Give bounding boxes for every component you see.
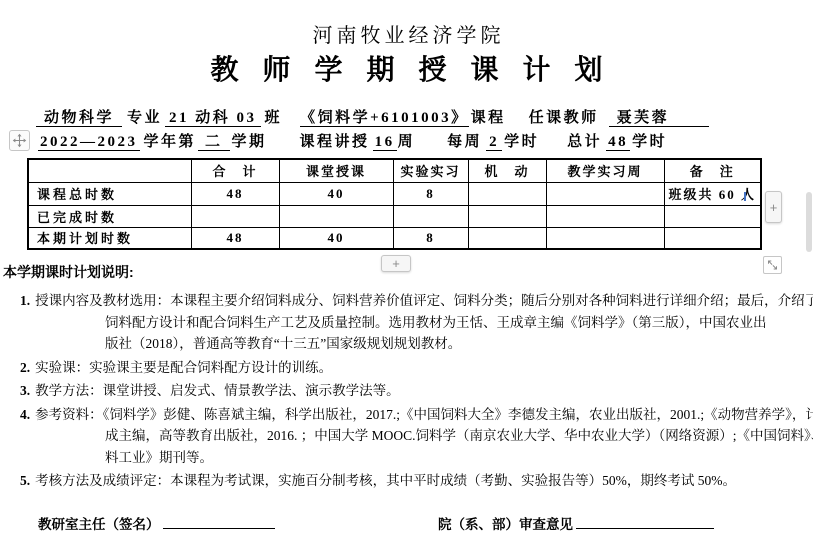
cell[interactable] xyxy=(191,205,279,227)
text-cursor xyxy=(744,192,746,201)
cell[interactable]: 40 xyxy=(279,227,393,249)
review-opinion-row: 院（系、部）审查意见 xyxy=(438,513,714,533)
cell[interactable] xyxy=(279,205,393,227)
cell[interactable] xyxy=(546,182,664,205)
cell[interactable] xyxy=(468,182,546,205)
year-field: 2022—2023 xyxy=(38,134,140,151)
term-label: 学期 xyxy=(232,134,267,150)
note-text: 料工业》期刊等。 xyxy=(20,447,810,469)
weeks-unit: 周 xyxy=(398,134,416,150)
cell[interactable]: 48 xyxy=(191,227,279,249)
teacher-label: 任课教师 xyxy=(529,110,599,126)
table-row: 已完成时数 xyxy=(28,205,761,227)
teacher-field: 聂芙蓉 xyxy=(609,110,710,127)
note-item-1: 1.授课内容及教材选用：本课程主要介绍饲料成分、饲料营养价值评定、饲料分类；随后… xyxy=(20,290,810,355)
document-page: 河南牧业经济学院 教师学期授课计划 动物科学专业21 动科 03班《饲料学+61… xyxy=(0,0,813,540)
cell[interactable] xyxy=(393,205,468,227)
per-week-label: 每周 xyxy=(447,134,482,150)
total-field: 48 xyxy=(606,134,630,151)
note-item-2: 2.实验课：实验课主要是配合饲料配方设计的训练。 xyxy=(20,357,810,379)
course-field: 《饲料学+6101003》 xyxy=(300,110,469,127)
form-line-1: 动物科学专业21 动科 03班《饲料学+6101003》课程任课教师聂芙蓉 xyxy=(20,106,709,127)
form-line-2: 2022—2023学年第二学期课程讲授16周每周2学时总计48学时 xyxy=(20,130,667,151)
weeks-field: 16 xyxy=(373,134,397,151)
course-label: 课程 xyxy=(471,110,506,126)
row-label[interactable]: 本期计划时数 xyxy=(28,227,191,249)
note-number: 2. xyxy=(20,360,30,375)
note-number: 3. xyxy=(20,383,30,398)
table-row: 本期计划时数 48 40 8 xyxy=(28,227,761,249)
plus-icon: + xyxy=(392,256,400,271)
opinion-blank-line xyxy=(576,516,714,529)
cell[interactable]: 48 xyxy=(191,182,279,205)
note-number: 1. xyxy=(20,293,30,308)
hours-table: 合 计 课堂授课 实验实习 机 动 教学实习周 备 注 课程总时数 48 40 … xyxy=(27,158,762,250)
table-header-row: 合 计 课堂授课 实验实习 机 动 教学实习周 备 注 xyxy=(28,159,761,182)
note-text: 成主编，高等教育出版社，2016. ；中国大学 MOOC.饲料学（南京农业大学、… xyxy=(20,425,810,447)
header-flexible[interactable]: 机 动 xyxy=(468,159,546,182)
row-label[interactable]: 课程总时数 xyxy=(28,182,191,205)
term-field: 二 xyxy=(198,134,230,151)
header-empty-cell[interactable] xyxy=(28,159,191,182)
diagonal-resize-icon xyxy=(766,259,779,271)
note-text: 授课内容及教材选用：本课程主要介绍饲料成分、饲料营养价值评定、饲料分类；随后分别… xyxy=(35,293,813,308)
notes-heading: 本学期课时计划说明: xyxy=(3,262,134,282)
cell[interactable] xyxy=(546,205,664,227)
note-text: 考核方法及成绩评定：本课程为考试课，实施百分制考核，其中平时成绩（考勤、实验报告… xyxy=(35,473,736,488)
year-label: 学年第 xyxy=(144,134,197,150)
note-text: 参考资料：《饲料学》彭健、陈喜斌主编，科学出版社，2017.;《中国饲料大全》李… xyxy=(35,407,813,422)
total-unit: 学时 xyxy=(632,134,667,150)
school-name: 河南牧业经济学院 xyxy=(0,19,813,48)
note-item-3: 3.教学方法：课堂讲授、启发式、情景教学法、演示教学法等。 xyxy=(20,380,810,402)
major-field: 动物科学 xyxy=(36,110,122,127)
table-resize-handle[interactable] xyxy=(763,256,782,274)
review-opinion-label: 院（系、部）审查意见 xyxy=(438,517,573,532)
class-label: 班 xyxy=(265,110,283,126)
note-number: 4. xyxy=(20,407,30,422)
note-text: 教学方法：课堂讲授、启发式、情景教学法、演示教学法等。 xyxy=(35,383,400,398)
major-label: 专业 xyxy=(127,110,162,126)
add-row-button[interactable]: + xyxy=(381,255,411,272)
cell[interactable] xyxy=(664,205,761,227)
note-text: 实验课：实验课主要是配合饲料配方设计的训练。 xyxy=(35,360,332,375)
cell[interactable] xyxy=(546,227,664,249)
director-signature-label: 教研室主任（签名） xyxy=(38,517,160,532)
per-week-field: 2 xyxy=(486,134,502,151)
note-text: 版社（2018），普通高等教育“十三五”国家级规划规划教材。 xyxy=(20,333,810,355)
director-signature-row: 教研室主任（签名） xyxy=(38,513,275,533)
document-title: 教师学期授课计划 xyxy=(0,48,813,88)
cell-remark[interactable]: 班级共 60 人 xyxy=(664,182,761,205)
row-label[interactable]: 已完成时数 xyxy=(28,205,191,227)
per-week-unit: 学时 xyxy=(504,134,539,150)
cell[interactable] xyxy=(664,227,761,249)
cell[interactable]: 8 xyxy=(393,227,468,249)
cell[interactable] xyxy=(468,205,546,227)
add-column-button[interactable]: + xyxy=(765,191,782,223)
four-way-arrow-icon xyxy=(12,133,27,148)
note-item-4: 4.参考资料：《饲料学》彭健、陈喜斌主编，科学出版社，2017.;《中国饲料大全… xyxy=(20,404,810,469)
table-row: 课程总时数 48 40 8 班级共 60 人 xyxy=(28,182,761,205)
header-remark[interactable]: 备 注 xyxy=(664,159,761,182)
header-practice-week[interactable]: 教学实习周 xyxy=(546,159,664,182)
class-field: 21 动科 03 xyxy=(165,110,261,127)
header-experiment[interactable]: 实验实习 xyxy=(393,159,468,182)
signature-blank-line xyxy=(163,516,275,529)
cell[interactable]: 40 xyxy=(279,182,393,205)
cell[interactable]: 8 xyxy=(393,182,468,205)
table-move-handle-icon[interactable] xyxy=(9,130,30,151)
note-number: 5. xyxy=(20,473,30,488)
note-text: 饲料配方设计和配合饲料生产工艺及质量控制。选用教材为王恬、王成章主编《饲料学》（… xyxy=(20,312,810,334)
total-label: 总计 xyxy=(567,134,602,150)
lecture-label: 课程讲授 xyxy=(300,134,370,150)
semester-plan-notes: 1.授课内容及教材选用：本课程主要介绍饲料成分、饲料营养价值评定、饲料分类；随后… xyxy=(20,290,810,494)
cell[interactable] xyxy=(468,227,546,249)
plus-icon: + xyxy=(770,200,778,215)
header-lecture[interactable]: 课堂授课 xyxy=(279,159,393,182)
note-item-5: 5.考核方法及成绩评定：本课程为考试课，实施百分制考核，其中平时成绩（考勤、实验… xyxy=(20,470,810,492)
header-total[interactable]: 合 计 xyxy=(191,159,279,182)
scrollbar-thumb[interactable] xyxy=(806,192,812,252)
